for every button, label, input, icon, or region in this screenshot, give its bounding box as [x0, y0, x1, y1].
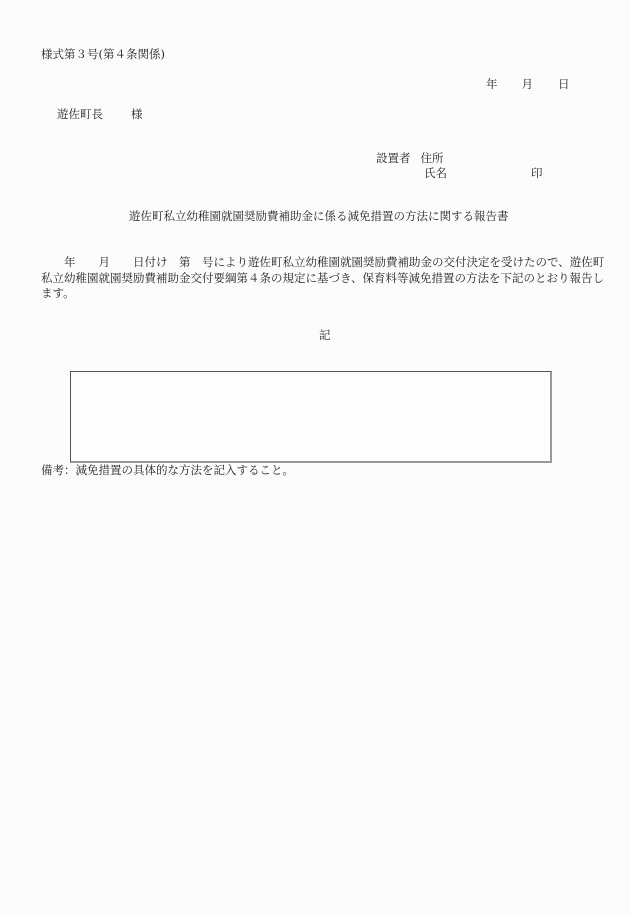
- method-entry-box[interactable]: [70, 371, 552, 463]
- applicant-name-line: 氏名印: [424, 168, 543, 180]
- applicant-role-label: 設置者: [376, 151, 411, 165]
- applicant-address-label: 住所: [421, 151, 444, 165]
- body-paragraph: 年 月 日付け 第 号により遊佐町私立幼稚園就園奨励費補助金の交付決定を受けたの…: [41, 255, 606, 302]
- document-title: 遊佐町私立幼稚園就園奨励費補助金に係る減免措置の方法に関する報告書: [129, 211, 509, 223]
- date-day-label: 日: [558, 79, 570, 91]
- addressee-honorific: 様: [131, 107, 143, 121]
- applicant-name-label: 氏名: [424, 166, 447, 180]
- date-line: 年月日: [486, 79, 570, 91]
- date-year-label: 年: [486, 79, 498, 91]
- ki-heading: 記: [319, 330, 331, 342]
- date-month-label: 月: [522, 79, 534, 91]
- remark-note: 備考：減免措置の具体的な方法を記入すること。: [41, 465, 294, 477]
- addressee-name: 遊佐町長: [57, 107, 103, 121]
- seal-label: 印: [531, 166, 543, 180]
- addressee: 遊佐町長様: [57, 109, 143, 121]
- applicant-address-line: 設置者住所: [376, 153, 444, 165]
- form-number: 様式第３号(第４条関係): [41, 49, 165, 61]
